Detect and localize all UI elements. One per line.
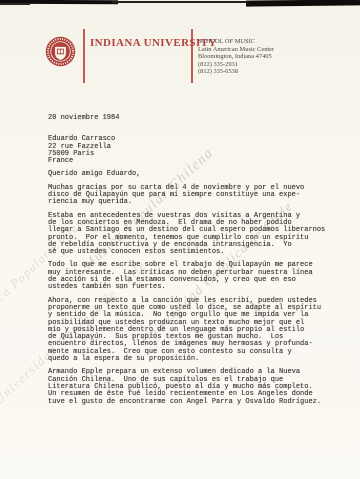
letter-line: tuve el gusto de encontrarme con Angel P…	[48, 399, 340, 406]
school-name: SCHOOL OF MUSIC	[198, 38, 274, 46]
paragraph-3: Todo lo que me escribe sobre el trabajo …	[48, 262, 340, 291]
letter-line: riencia muy querida.	[48, 199, 340, 206]
paragraph-2: Estaba en antecedentes de vuestras dos v…	[48, 213, 340, 257]
letterhead-rule	[83, 29, 85, 83]
paragraph-4: Ahora, con respecto a la canción que les…	[48, 298, 340, 364]
letterhead-phone: (812) 335-2931	[198, 61, 274, 69]
letter-line: ustedes también son fuertes.	[48, 284, 340, 291]
scan-artifact	[0, 3, 30, 5]
letterhead-address-block: SCHOOL OF MUSIC Latin American Music Cen…	[198, 38, 274, 76]
letter-line: 75009 Paris	[48, 151, 340, 158]
letterhead-city: Bloomington, Indiana 47405	[198, 53, 274, 61]
letterhead-phone: (812) 335-6538	[198, 68, 274, 76]
salutation: Querido amigo Eduardo,	[48, 171, 340, 178]
scan-artifact	[246, 0, 360, 7]
scanned-letter-page: Música Popular Chilena Universidad Catól…	[0, 0, 360, 479]
paragraph-5: Armando Epple prepara un extenso volumen…	[48, 369, 340, 405]
recipient-address: Eduardo Carrasco22 rue Fazzella75009 Par…	[48, 136, 340, 165]
letter-line: sé que ustedes conocen estos sentimiento…	[48, 249, 340, 256]
center-name: Latin American Music Center	[198, 46, 274, 54]
paragraph-1: Muchas gracias por su carta del 4 de nov…	[48, 185, 340, 207]
indiana-university-seal-icon	[45, 36, 76, 67]
letter-body: 20 noviembre 1984 Eduardo Carrasco22 rue…	[48, 115, 340, 412]
scan-artifact	[112, 1, 252, 3]
letter-line: France	[48, 158, 340, 165]
letter-line: quedo a la espera de su proposición.	[48, 356, 340, 363]
letter-date: 20 noviembre 1984	[48, 115, 340, 122]
